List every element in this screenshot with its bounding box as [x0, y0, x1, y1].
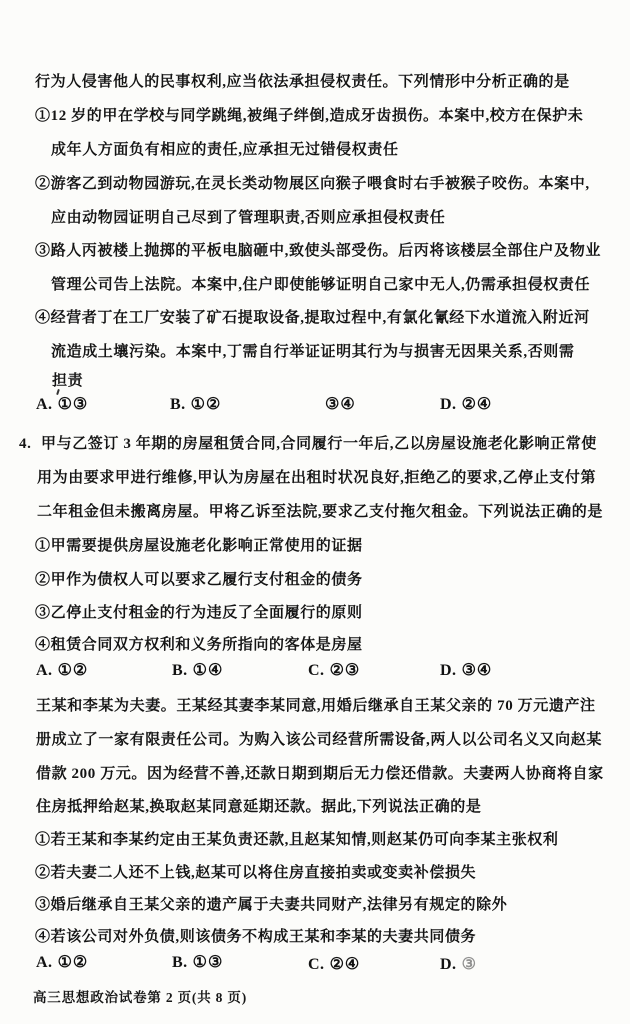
q3-option-c-value: ③④: [325, 396, 356, 413]
q5-option-d: D.③: [440, 956, 477, 974]
q4-item4: ④租赁合同双方权利和义务所指向的客体是房屋: [35, 636, 363, 654]
q5-option-c-value: ②④: [330, 956, 361, 973]
q4-option-c-label: C.: [308, 662, 325, 679]
q3-item2-line1: ②游客乙到动物园游玩,在灵长类动物展区向猴子喂食时右手被猴子咬伤。本案中,: [35, 175, 590, 193]
q4-item2: ②甲作为债权人可以要求乙履行支付租金的债务: [35, 571, 363, 589]
q5-option-a: A.①②: [36, 954, 88, 972]
q3-option-d-label: D.: [440, 396, 457, 413]
q5-stem-line1: 王某和李某为夫妻。王某经其妻李某同意,用婚后继承自王某父亲的 70 万元遗产注: [36, 697, 596, 715]
q3-option-a-label: A.: [36, 396, 53, 413]
q4-option-d-label: D.: [440, 662, 457, 679]
page-footer: 高三思想政治试卷第 2 页(共 8 页): [33, 986, 247, 1006]
q3-item4-line3: 担责: [52, 372, 83, 390]
q5-option-d-value: ③: [462, 956, 477, 973]
q4-stem-line1: 甲与乙签订 3 年期的房屋租赁合同,合同履行一年后,乙以房屋设施老化影响正常使: [41, 435, 597, 453]
q5-option-d-label: D.: [440, 956, 457, 973]
q3-option-a-value: ①③: [58, 396, 89, 413]
q3-item2-line2: 应由动物园证明自己尽到了管理职责,否则应承担侵权责任: [51, 209, 445, 227]
q5-option-c-label: C.: [308, 956, 325, 973]
q5-item3: ③婚后继承自王某父亲的遗产属于夫妻共同财产,法律另有规定的除外: [35, 896, 507, 914]
q5-item2: ②若夫妻二人还不上钱,赵某可以将住房直接拍卖或变卖补偿损失: [35, 864, 476, 882]
q5-item1: ①若王某和李某约定由王某负责还款,且赵某知情,则赵某仍可向李某主张权利: [35, 831, 559, 849]
q5-option-b-label: B.: [172, 954, 188, 971]
q3-option-d-value: ②④: [462, 396, 493, 413]
q3-item1-line1: ①12 岁的甲在学校与同学跳绳,被绳子绊倒,造成牙齿损伤。本案中,校方在保护未: [35, 107, 583, 125]
q3-option-c: ③④: [320, 396, 356, 414]
q4-option-b-label: B.: [172, 662, 188, 679]
q3-item3-line2: 管理公司告上法院。本案中,住户即使能够证明自己家中无人,仍需承担侵权责任: [51, 276, 590, 294]
q4-option-a: A.①②: [36, 662, 88, 680]
q3-item4-line1: ④经营者丁在工厂安装了矿石提取设备,提取过程中,有氯化氰经下水道流入附近河: [35, 309, 590, 327]
q3-item3-line1: ③路人丙被楼上抛掷的平板电脑砸中,致使头部受伤。后丙将该楼层全部住户及物业: [35, 242, 601, 260]
q3-option-b: B.①②: [170, 396, 221, 414]
q4-option-b-value: ①④: [193, 662, 224, 679]
q4-option-a-value: ①②: [58, 662, 89, 679]
q4-item1: ①甲需要提供房屋设施老化影响正常使用的证据: [35, 537, 363, 555]
q5-stem-line4: 住房抵押给赵某,换取赵某同意延期还款。据此,下列说法正确的是: [36, 798, 482, 816]
q5-option-b-value: ①③: [193, 954, 224, 971]
q4-number: 4.: [19, 435, 31, 453]
q3-option-b-label: B.: [170, 396, 186, 413]
q3-option-d: D.②④: [440, 396, 492, 414]
q5-item4: ④若该公司对外负债,则该债务不构成王某和李某的夫妻共同债务: [35, 928, 476, 946]
q5-option-a-label: A.: [36, 954, 53, 971]
q4-option-d: D.③④: [440, 662, 492, 680]
q4-option-a-label: A.: [36, 662, 53, 679]
q4-option-d-value: ③④: [462, 662, 493, 679]
q3-item4-line2: 流造成土壤污染。本案中,丁需自行举证证明其行为与损害无因果关系,否则需: [51, 343, 575, 361]
q5-stem-line2: 册成立了一家有限责任公司。为购入该公司经营所需设备,两人以公司名义又向赵某: [36, 731, 602, 749]
q4-option-c: C.②③: [308, 662, 360, 680]
scan-artifact-mark: [56, 389, 60, 395]
q5-option-a-value: ①②: [58, 954, 89, 971]
q4-stem-line2: 用为由要求甲进行维修,甲认为房屋在出租时状况良好,拒绝乙的要求,乙停止支付第: [37, 469, 596, 487]
exam-page-scan: 行为人侵害他人的民事权利,应当依法承担侵权责任。下列情形中分析正确的是 ①12 …: [0, 0, 630, 1024]
q4-item3: ③乙停止支付租金的行为违反了全面履行的原则: [35, 604, 363, 622]
q3-option-b-value: ①②: [191, 396, 222, 413]
q3-item1-line2: 成年人方面负有相应的责任,应承担无过错侵权责任: [51, 141, 399, 159]
q5-stem-line3: 借款 200 万元。因为经营不善,还款日期到期后无力偿还借款。夫妻两人协商将自家: [36, 765, 604, 783]
q5-option-c: C.②④: [308, 956, 360, 974]
q4-stem-line3: 二年租金但未搬离房屋。甲将乙诉至法院,要求乙支付拖欠租金。下列说法正确的是: [37, 503, 603, 521]
q5-option-b: B.①③: [172, 954, 223, 972]
q4-option-b: B.①④: [172, 662, 223, 680]
q3-option-a: A.①③: [36, 396, 88, 414]
q3-stem-line: 行为人侵害他人的民事权利,应当依法承担侵权责任。下列情形中分析正确的是: [35, 73, 570, 91]
q4-option-c-value: ②③: [330, 662, 361, 679]
